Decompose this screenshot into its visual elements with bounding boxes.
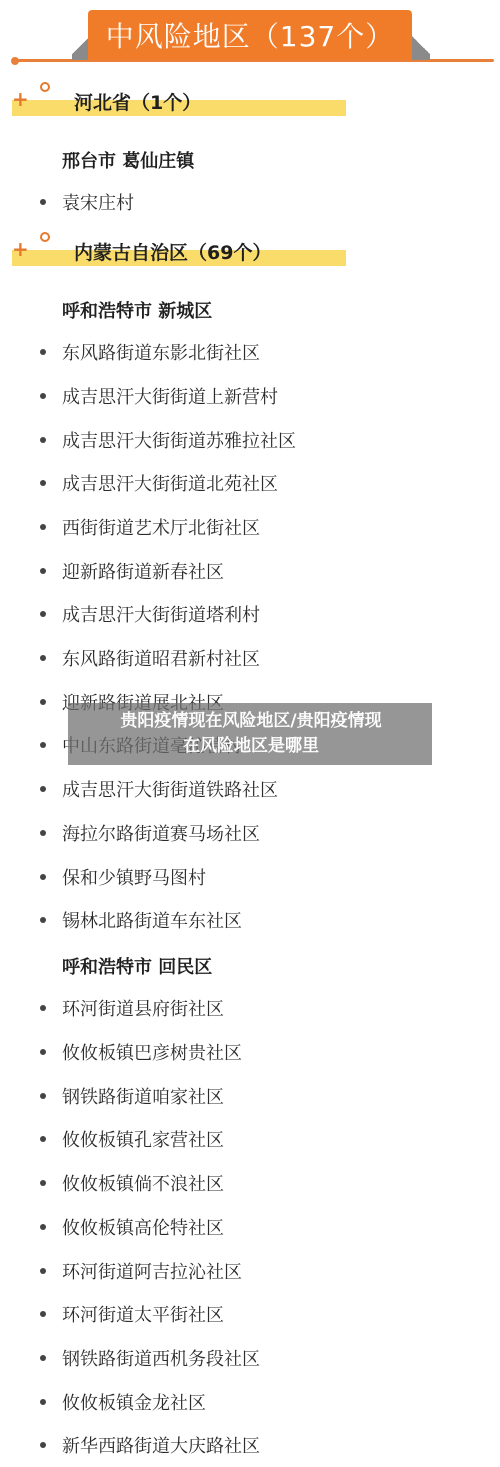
bullet-icon	[40, 437, 46, 443]
list-item: 钢铁路街道咱家社区	[40, 1084, 224, 1108]
bullet-icon	[40, 524, 46, 530]
banner-title: 中风险地区（137个）	[106, 15, 394, 55]
bullet-icon	[40, 830, 46, 836]
bullet-icon	[40, 1005, 46, 1011]
list-item: 袁宋庄村	[40, 190, 134, 214]
list-item: 迎新路街道新春社区	[40, 559, 224, 583]
bullet-icon	[40, 1049, 46, 1055]
bullet-icon	[40, 1136, 46, 1142]
list-item: 环河街道阿吉拉沁社区	[40, 1259, 242, 1283]
bullet-icon	[40, 1442, 46, 1448]
list-item: 西街街道艺术厅北街社区	[40, 515, 260, 539]
bullet-icon	[40, 1180, 46, 1186]
bullet-icon	[40, 786, 46, 792]
bullet-icon	[40, 1224, 46, 1230]
list-item: 成吉思汗大街街道上新营村	[40, 384, 278, 408]
watermark-overlay: 贵阳疫情现在风险地区/贵阳疫情现 在风险地区是哪里	[68, 703, 432, 765]
list-item: 东风路街道昭君新村社区	[40, 646, 260, 670]
bullet-icon	[40, 742, 46, 748]
city-heading: 呼和浩特市 回民区	[62, 953, 212, 979]
bullet-icon	[40, 199, 46, 205]
list-item: 攸攸板镇高伦特社区	[40, 1215, 224, 1239]
list-item: 锡林北路街道车东社区	[40, 908, 242, 932]
watermark-line-2: 在风险地区是哪里	[78, 734, 424, 759]
province-title: 内蒙古自治区（69个）	[74, 238, 271, 265]
province-header: + 河北省（1个）	[12, 88, 346, 118]
list-item: 环河街道太平街社区	[40, 1302, 224, 1326]
list-item: 新华西路街道大庆路社区	[40, 1433, 260, 1457]
province-header: + 内蒙古自治区（69个）	[12, 238, 346, 268]
city-heading: 呼和浩特市 新城区	[62, 297, 212, 323]
banner-wing-right	[410, 28, 430, 60]
banner-box: 中风险地区（137个）	[88, 10, 412, 60]
bullet-icon	[40, 393, 46, 399]
bullet-icon	[40, 917, 46, 923]
circle-icon	[40, 232, 50, 242]
bullet-icon	[40, 1399, 46, 1405]
list-item: 环河街道县府街社区	[40, 996, 224, 1020]
plus-icon: +	[12, 239, 29, 259]
list-item: 成吉思汗大街街道北苑社区	[40, 471, 278, 495]
city-heading: 邢台市 葛仙庄镇	[62, 147, 194, 173]
watermark-line-1: 贵阳疫情现在风险地区/贵阳疫情现	[78, 709, 424, 734]
list-item: 钢铁路街道西机务段社区	[40, 1346, 260, 1370]
bullet-icon	[40, 1311, 46, 1317]
bullet-icon	[40, 611, 46, 617]
list-item: 攸攸板镇巴彦树贵社区	[40, 1040, 242, 1064]
bullet-icon	[40, 1355, 46, 1361]
list-item: 攸攸板镇孔家营社区	[40, 1127, 224, 1151]
bullet-icon	[40, 1093, 46, 1099]
bullet-icon	[40, 349, 46, 355]
bullet-icon	[40, 699, 46, 705]
list-item: 东风路街道东影北街社区	[40, 340, 260, 364]
list-item: 成吉思汗大街街道苏雅拉社区	[40, 428, 296, 452]
list-item: 攸攸板镇金龙社区	[40, 1390, 206, 1414]
bullet-icon	[40, 655, 46, 661]
list-item: 攸攸板镇倘不浪社区	[40, 1171, 224, 1195]
plus-icon: +	[12, 89, 29, 109]
province-title: 河北省（1个）	[74, 88, 201, 115]
bullet-icon	[40, 1268, 46, 1274]
banner: 中风险地区（137个）	[0, 0, 500, 70]
list-item: 成吉思汗大街街道塔利村	[40, 602, 260, 626]
bullet-icon	[40, 874, 46, 880]
banner-dot	[11, 57, 19, 65]
list-item: 海拉尔路街道赛马场社区	[40, 821, 260, 845]
list-item: 保和少镇野马图村	[40, 865, 206, 889]
bullet-icon	[40, 480, 46, 486]
bullet-icon	[40, 568, 46, 574]
circle-icon	[40, 82, 50, 92]
list-item: 成吉思汗大街街道铁路社区	[40, 777, 278, 801]
